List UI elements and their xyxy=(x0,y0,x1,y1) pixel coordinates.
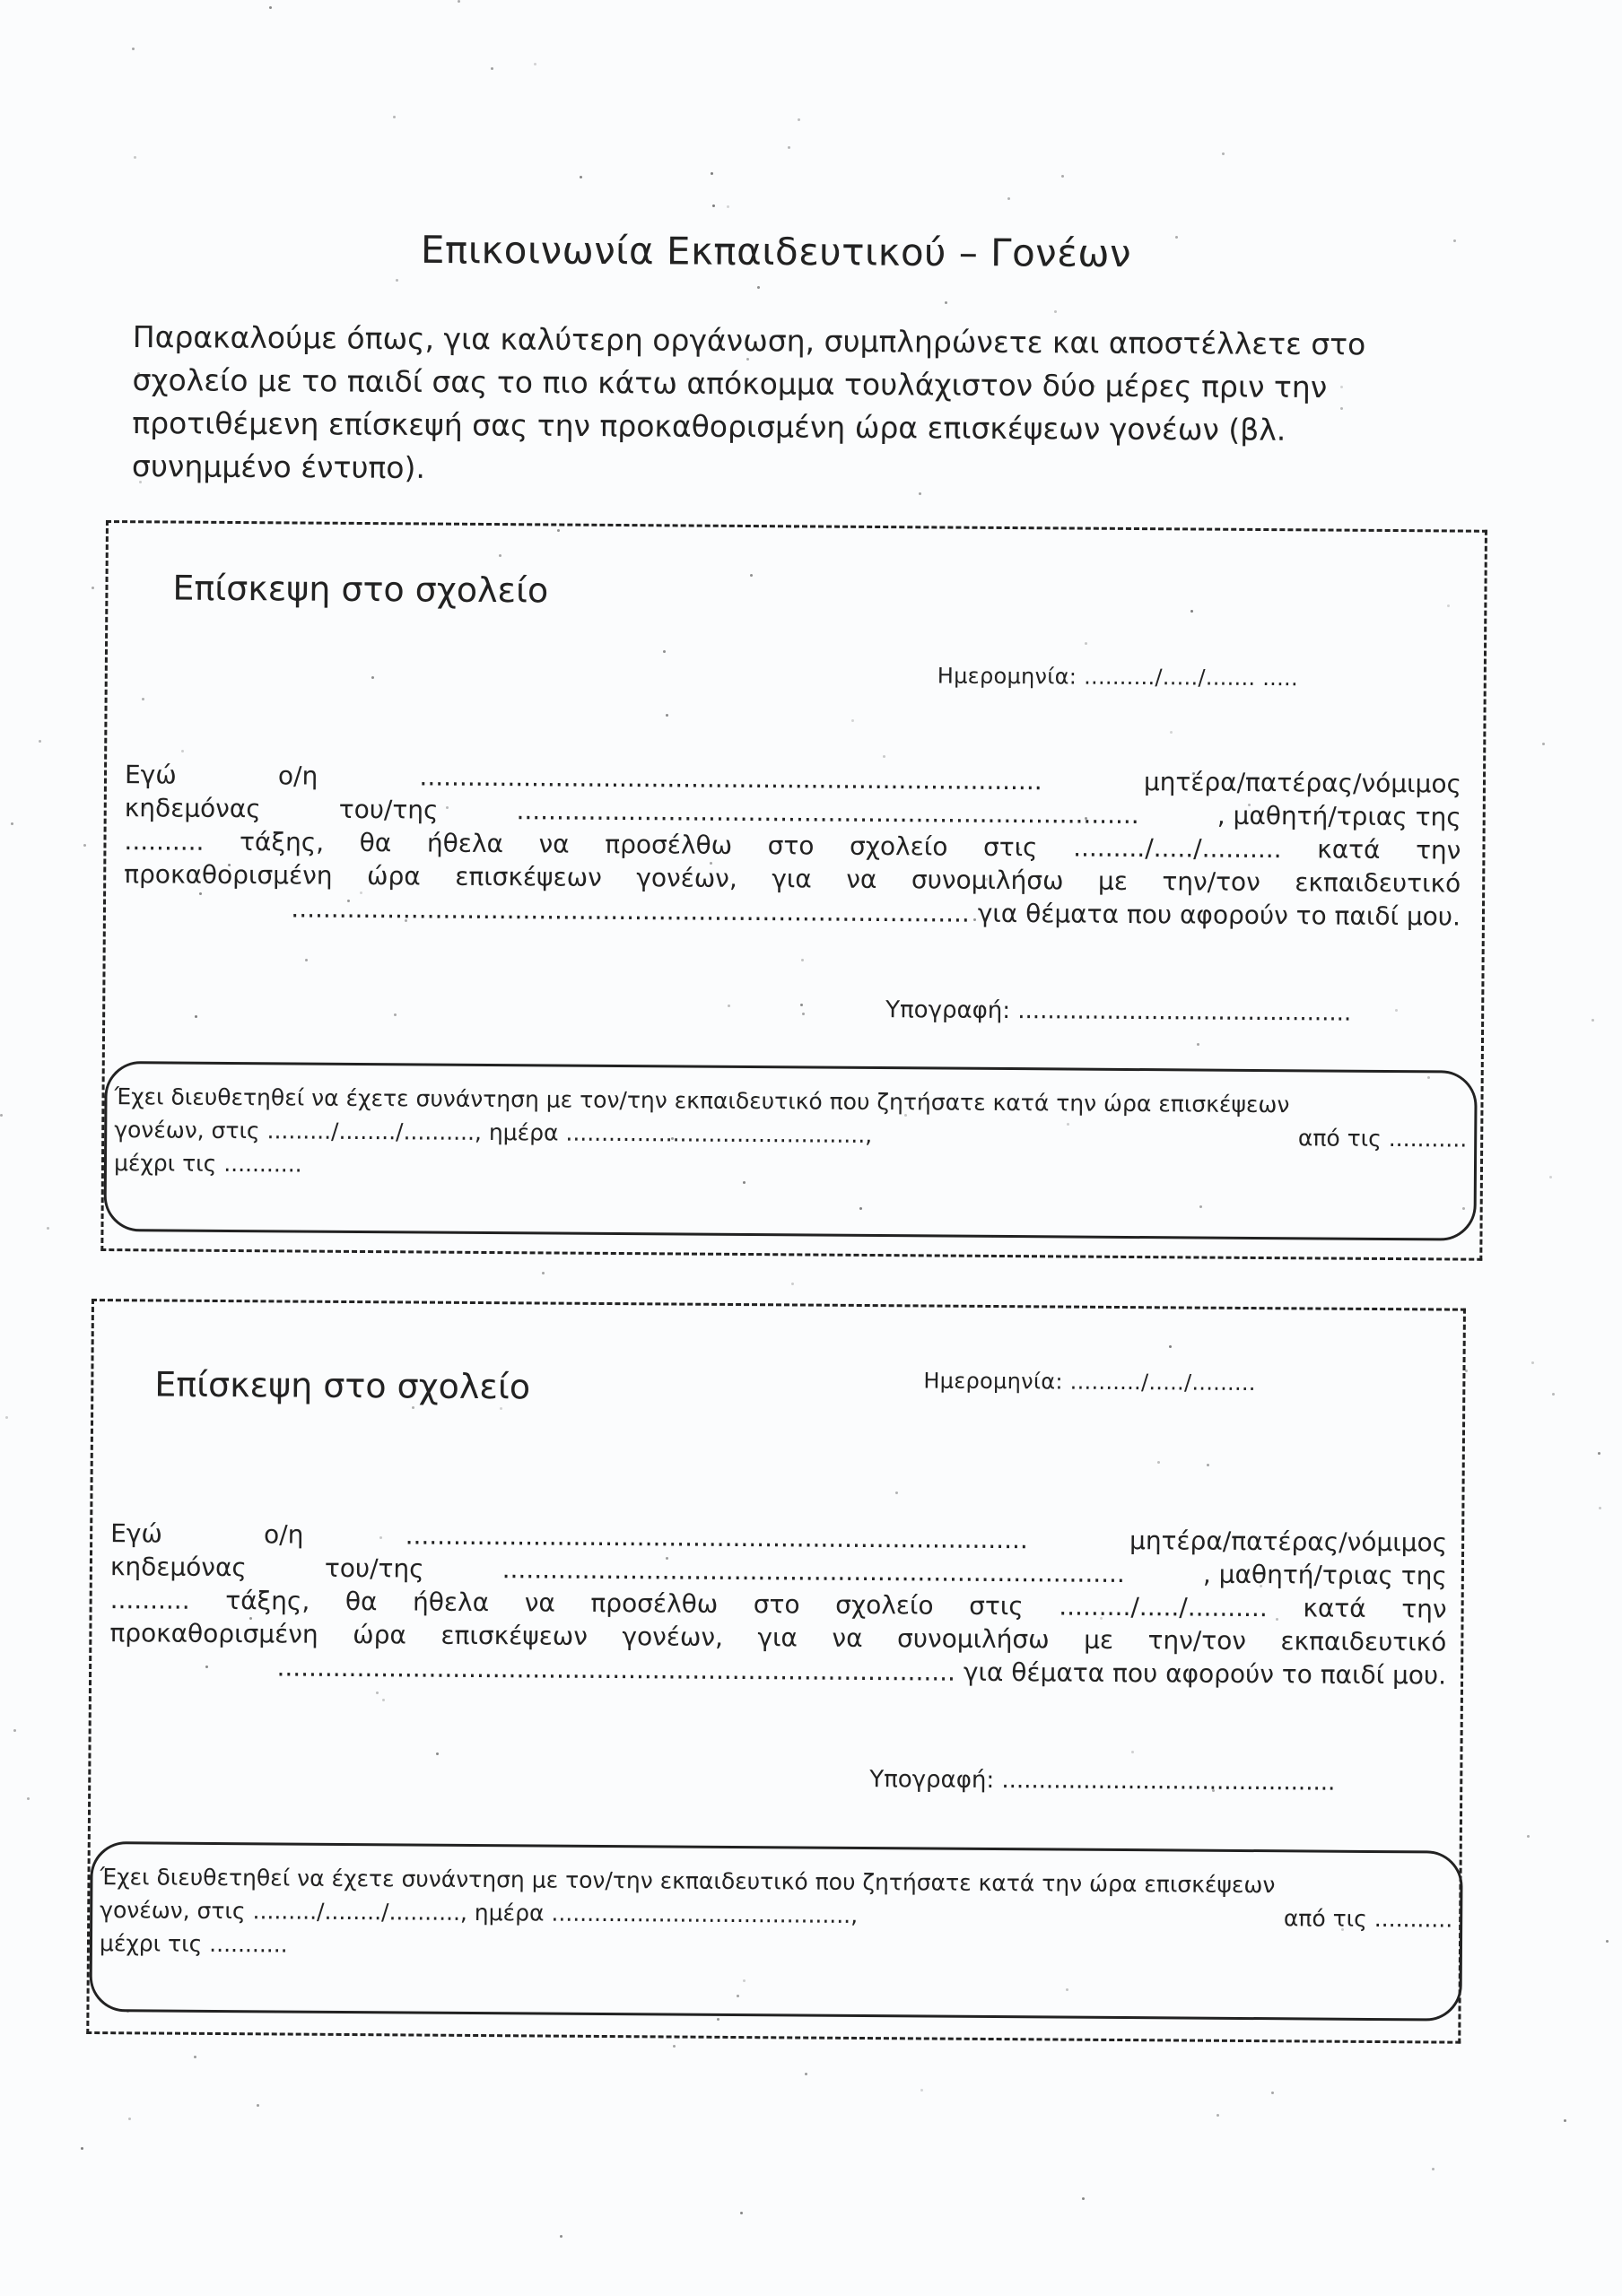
form-text: με xyxy=(1084,1623,1113,1657)
fill-in-blank[interactable]: .......... xyxy=(124,824,204,858)
fill-in-blank[interactable]: ........................................… xyxy=(516,794,1138,831)
scan-speck xyxy=(13,1729,16,1732)
scan-speck xyxy=(740,2212,743,2214)
form-text: κηδεμόνας xyxy=(125,791,261,825)
form-text: θα xyxy=(345,1585,378,1618)
scan-speck xyxy=(805,2073,807,2075)
tear-off-form-2: Επίσκεψη στο σχολείο Ημερομηνία: .......… xyxy=(86,1299,1466,2044)
scan-speck xyxy=(83,844,86,847)
form-text: προκαθορισμένη xyxy=(109,1616,318,1651)
form-text: για xyxy=(772,862,812,895)
form-text: να xyxy=(538,827,569,860)
form-text: ώρα xyxy=(367,859,421,892)
fill-in-blank[interactable]: ........................................… xyxy=(291,891,1461,933)
fill-in-blank[interactable]: .......... xyxy=(110,1583,190,1617)
scan-speck xyxy=(81,2147,83,2150)
appointment-notice-box: Έχει διευθετηθεί να έχετε συνάντηση με τ… xyxy=(103,1061,1477,1241)
scan-speck xyxy=(269,6,272,9)
form-text: Εγώ xyxy=(110,1517,162,1550)
fill-in-blank[interactable]: ........./...../.......... xyxy=(1073,831,1282,866)
fill-in-blank[interactable]: ........./...../.......... xyxy=(1059,1590,1268,1625)
scan-speck xyxy=(134,156,136,159)
scan-speck xyxy=(727,205,729,208)
scan-speck xyxy=(798,118,800,121)
scan-speck xyxy=(92,587,94,589)
form-text: κηδεμόνας xyxy=(110,1550,247,1584)
scan-speck xyxy=(11,822,13,825)
scan-speck xyxy=(128,2118,131,2120)
form-text: , μαθητή/τριας της xyxy=(1203,1558,1447,1593)
scan-speck xyxy=(194,2056,196,2058)
scan-speck xyxy=(542,1272,545,1274)
form-text: του/της xyxy=(339,793,439,827)
form-text: , μαθητή/τριας της xyxy=(1217,799,1461,834)
form-text: προσέλθω xyxy=(605,828,732,862)
form-text: σχολείο xyxy=(850,830,948,864)
form-text: σχολείο xyxy=(835,1588,934,1622)
scan-speck xyxy=(711,172,713,175)
intro-line: συνημμένο έντυπο). xyxy=(132,445,1478,496)
form-text: τάξης, xyxy=(240,825,324,859)
form-text: μητέρα/πατέρας/νόμιμος xyxy=(1129,1524,1447,1559)
form-text: στο xyxy=(768,829,815,862)
scan-speck xyxy=(560,2235,562,2238)
scan-speck xyxy=(1542,743,1545,745)
form-text: κατά xyxy=(1303,1591,1366,1624)
scan-speck xyxy=(132,48,135,50)
form-text: να xyxy=(832,1622,862,1655)
scan-speck xyxy=(5,1416,8,1419)
form-text: στις xyxy=(969,1589,1024,1622)
form-text: να xyxy=(525,1586,555,1619)
scan-speck xyxy=(1549,1176,1552,1178)
scan-speck xyxy=(712,204,715,207)
form-text: τάξης, xyxy=(225,1584,310,1618)
scan-speck xyxy=(27,1797,30,1800)
form-text: Εγώ xyxy=(125,758,177,791)
signature-field[interactable]: Υπογραφή: ..............................… xyxy=(869,1766,1335,1796)
scan-speck xyxy=(534,63,536,65)
form-text: την xyxy=(1416,833,1461,866)
scan-speck xyxy=(945,301,947,304)
notice-text[interactable]: από τις ........... xyxy=(1284,1901,1453,1935)
form-text: να xyxy=(846,863,876,896)
form-text: προκαθορισμένη xyxy=(124,857,333,892)
form-body: Εγώο/η..................................… xyxy=(124,758,1461,933)
scan-speck xyxy=(47,1227,49,1230)
date-field[interactable]: Ημερομηνία: ........../...../......... xyxy=(923,1368,1256,1396)
form-text: κατά xyxy=(1317,832,1381,865)
scan-speck xyxy=(0,1114,3,1117)
form-text: με xyxy=(1098,865,1128,898)
fill-in-blank[interactable]: ........................................… xyxy=(419,760,1042,797)
scan-speck xyxy=(1599,1507,1601,1509)
notice-text[interactable]: γονέων, στις ........./......../........… xyxy=(114,1113,872,1152)
scan-speck xyxy=(791,1283,794,1285)
scan-speck xyxy=(1552,1393,1555,1396)
scan-speck xyxy=(1054,310,1057,313)
scan-speck xyxy=(757,286,760,289)
scan-speck xyxy=(580,176,582,178)
form-text: στις xyxy=(983,831,1038,864)
scan-speck xyxy=(393,116,396,118)
scan-speck xyxy=(788,146,790,149)
scan-speck xyxy=(1271,2092,1274,2094)
form-text: συνομιλήσω xyxy=(897,1622,1050,1656)
scan-speck xyxy=(1527,1835,1530,1838)
document-title: Επικοινωνία Εκπαιδευτικού – Γονέων xyxy=(345,228,1207,276)
form-text: στο xyxy=(754,1587,800,1621)
scan-speck xyxy=(1222,152,1225,155)
scan-speck xyxy=(920,2089,923,2092)
form-text: γονέων, xyxy=(636,861,737,895)
tear-off-form-1: Επίσκεψη στο σχολείο Ημερομηνία: .......… xyxy=(100,520,1487,1261)
scan-speck xyxy=(1531,1361,1534,1364)
scan-speck xyxy=(1082,2197,1085,2200)
form-text: εκπαιδευτικό xyxy=(1295,865,1461,900)
scan-speck xyxy=(1432,2168,1435,2170)
form-text: γονέων, xyxy=(622,1620,723,1654)
scan-speck xyxy=(1591,1019,1594,1022)
form-text: του/της xyxy=(325,1552,424,1586)
form-text: για xyxy=(757,1621,798,1654)
form-text: θα xyxy=(360,826,392,859)
form-text: προσέλθω xyxy=(590,1587,718,1621)
scan-speck xyxy=(1453,239,1456,242)
form-text: ο/η xyxy=(278,759,318,792)
form-text: την xyxy=(1401,1592,1447,1625)
date-field[interactable]: Ημερομηνία: ........../...../....... ...… xyxy=(937,663,1298,691)
scan-speck xyxy=(1061,175,1064,178)
scan-speck xyxy=(1216,2114,1219,2117)
fill-in-blank[interactable]: ........................................… xyxy=(502,1552,1125,1590)
form-body: Εγώο/η..................................… xyxy=(109,1517,1447,1692)
scan-speck xyxy=(257,2104,259,2107)
fill-in-blank[interactable]: ........................................… xyxy=(276,1650,1446,1692)
form-text: την/τον xyxy=(1147,1623,1246,1657)
form-heading: Επίσκεψη στο σχολείο xyxy=(154,1364,530,1406)
scan-speck xyxy=(491,67,493,70)
form-text: επισκέψεων xyxy=(455,860,602,894)
scan-speck xyxy=(1598,1452,1600,1455)
form-heading: Επίσκεψη στο σχολείο xyxy=(172,569,548,611)
scan-speck xyxy=(396,279,398,282)
scan-speck xyxy=(1007,197,1010,200)
signature-field[interactable]: Υπογραφή: ..............................… xyxy=(885,996,1351,1027)
form-text: ο/η xyxy=(264,1518,304,1551)
form-text: ήθελα xyxy=(413,1586,489,1620)
form-text: συνομιλήσω xyxy=(911,863,1064,897)
scan-speck xyxy=(1606,1940,1609,1943)
form-text: μητέρα/πατέρας/νόμιμος xyxy=(1144,765,1461,800)
intro-paragraph: Παρακαλούμε όπως, για καλύτερη οργάνωση,… xyxy=(132,316,1478,496)
form-text: επισκέψεων xyxy=(440,1619,588,1653)
scan-speck xyxy=(673,2045,676,2048)
form-text: την/τον xyxy=(1162,865,1260,899)
form-text: ήθελα xyxy=(427,827,503,861)
scan-speck xyxy=(458,0,460,3)
appointment-notice-box: Έχει διευθετηθεί να έχετε συνάντηση με τ… xyxy=(89,1841,1462,2022)
notice-text[interactable]: από τις ........... xyxy=(1298,1121,1468,1155)
form-text: ώρα xyxy=(353,1618,406,1651)
notice-text[interactable]: γονέων, στις ........./......../........… xyxy=(100,1893,858,1932)
scan-speck xyxy=(39,740,41,743)
form-text: εκπαιδευτικό xyxy=(1280,1624,1446,1658)
scan-speck xyxy=(919,492,921,495)
fill-in-blank[interactable]: ........................................… xyxy=(405,1518,1028,1556)
scan-speck xyxy=(1564,2119,1566,2122)
